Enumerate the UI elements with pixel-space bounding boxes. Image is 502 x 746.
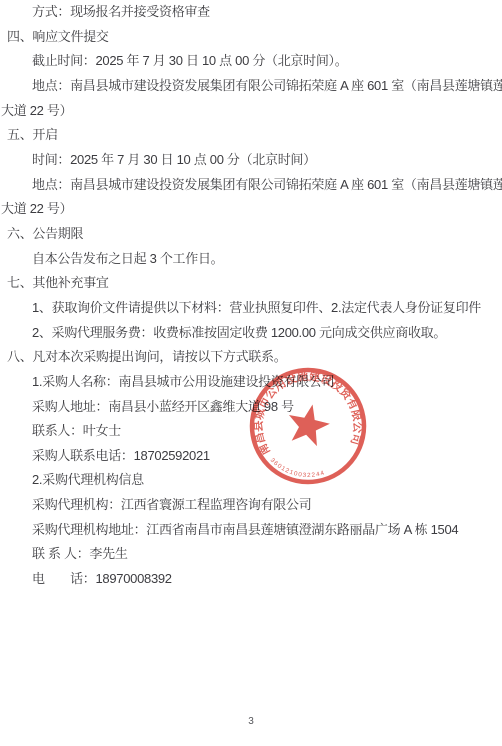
line-required-materials: 1、获取询价文件请提供以下材料：营业执照复印件、2.法定代表人身份证复印件 bbox=[0, 296, 502, 321]
heading-section-8-contact: 八、凡对本次采购提出询问，请按以下方式联系。 bbox=[0, 345, 502, 370]
line-submission-location-wrap: 大道 22 号） bbox=[0, 99, 502, 124]
line-submission-deadline: 截止时间：2025 年 7 月 30 日 10 点 00 分（北京时间）。 bbox=[0, 49, 502, 74]
document-body: 方式：现场报名并接受资格审查 四、响应文件提交 截止时间：2025 年 7 月 … bbox=[0, 0, 502, 592]
line-purchaser-phone: 采购人联系电话：18702592021 bbox=[0, 444, 502, 469]
page-number: 3 bbox=[0, 716, 502, 727]
document-page: 方式：现场报名并接受资格审查 四、响应文件提交 截止时间：2025 年 7 月 … bbox=[0, 0, 502, 746]
line-agency-info-title: 2.采购代理机构信息 bbox=[0, 468, 502, 493]
line-agency-phone: 电 话：18970008392 bbox=[0, 567, 502, 592]
line-agency-address: 采购代理机构地址：江西省南昌市南昌县莲塘镇澄湖东路丽晶广场 A 栋 1504 bbox=[0, 518, 502, 543]
heading-section-4-response-submission: 四、响应文件提交 bbox=[0, 25, 502, 50]
line-announcement-period: 自本公告发布之日起 3 个工作日。 bbox=[0, 247, 502, 272]
heading-section-7-other-matters: 七、其他补充事宜 bbox=[0, 271, 502, 296]
line-submission-location: 地点：南昌县城市建设投资发展集团有限公司锦拓荣庭 A 座 601 室（南昌县莲塘… bbox=[0, 74, 502, 99]
line-agency-contact: 联 系 人：李先生 bbox=[0, 542, 502, 567]
line-opening-location: 地点：南昌县城市建设投资发展集团有限公司锦拓荣庭 A 座 601 室（南昌县莲塘… bbox=[0, 173, 502, 198]
heading-section-6-announcement-period: 六、公告期限 bbox=[0, 222, 502, 247]
line-agency-name: 采购代理机构：江西省寰源工程监理咨询有限公司 bbox=[0, 493, 502, 518]
line-purchaser-address: 采购人地址：南昌县小蓝经开区鑫维大道 98 号 bbox=[0, 395, 502, 420]
line-registration-method: 方式：现场报名并接受资格审查 bbox=[0, 0, 502, 25]
line-purchaser-contact: 联系人：叶女士 bbox=[0, 419, 502, 444]
line-agency-service-fee: 2、采购代理服务费：收费标准按固定收费 1200.00 元向成交供应商收取。 bbox=[0, 321, 502, 346]
heading-section-5-opening: 五、开启 bbox=[0, 123, 502, 148]
line-opening-time: 时间：2025 年 7 月 30 日 10 点 00 分（北京时间） bbox=[0, 148, 502, 173]
line-purchaser-name: 1.采购人名称：南昌县城市公用设施建设投资有限公司 bbox=[0, 370, 502, 395]
line-opening-location-wrap: 大道 22 号） bbox=[0, 197, 502, 222]
